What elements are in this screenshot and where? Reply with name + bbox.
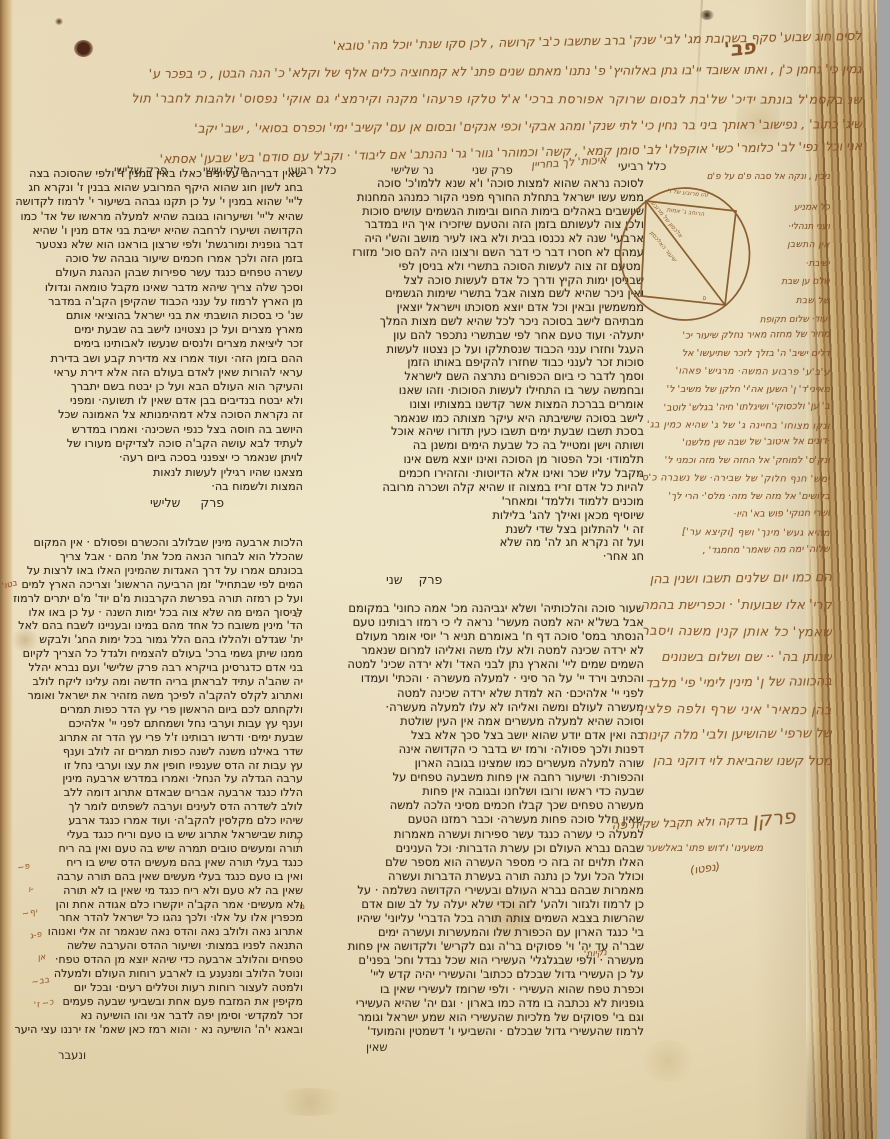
text-line: בי' כנגד הארון עם הכפורת שלו והמעשרות וע… — [307, 925, 644, 939]
text-line: והעיקר הוא העולם הבא ועל כן יבטח בשם יתב… — [13, 380, 303, 394]
diagram-label-diagonal-2: שיעור האלכסון — [648, 230, 678, 264]
diagram-label-top-arc: זהו מרובע של ו' — [667, 188, 709, 199]
notes-below-diagram: מחיר של מחזה מאיר נחלק שיעור יכ'דלים ישי… — [615, 327, 830, 560]
text-line: אתרוג נאה ולולב נאה והדס נאה שנאמר זה אל… — [13, 925, 303, 939]
text-line: עשרה טפחים כנגד עשר ספירות שבהן הנהגת הע… — [13, 266, 303, 280]
text-line: ממנו שיתן גשמי ברכ' בעולם להצמיח ולגדל כ… — [13, 647, 303, 661]
text-line: ל'יי' שהוא במנין י' על כן תקנו גבהה בשיע… — [13, 195, 303, 209]
annotation-line: ימש' חנף חלוק' של שבירה· של נשברה כ'ס' — [615, 469, 830, 489]
annotation-line: שאמץ' כל אותן קנין משנה ויסבר — [518, 618, 832, 647]
diagram-label-corner: ס — [702, 295, 707, 302]
text-line: לרמוז שהעשירי גדול שבכלם · והשביעי ו' דש… — [307, 1024, 644, 1038]
text-line: וענף עץ עבות וערבי נחל ושמחתם לפני יי' א… — [13, 717, 303, 731]
interlinear-note: נקיות' — [584, 948, 608, 960]
text-line: כן לרמוז ולגזור ולהע' לזה וכדי שלא יעלה … — [307, 897, 644, 911]
text-line: מבתיהם לישב בסוכה ניכר לכל שהיא לשם מצות… — [307, 315, 644, 329]
diagram-label-top-edge: הרוחב ג' אמות — [666, 206, 705, 218]
annotation-line: ע'ב'ע' פרבוע המשה· מרגיש' פאהו' — [615, 362, 830, 382]
text-line: מקבל עליו שכר ואינו אלא הדיוטות· והזהירו… — [307, 467, 644, 481]
right-column-section-1: לסוכה נראה שהוא למצות סוכה' ו'א שנא ללמו… — [307, 177, 644, 494]
text-line: שאין חלל סוכה פחות מעשרה· וכבר רמזנו הטע… — [307, 812, 644, 826]
annotation-line: הם כמו יום שלנים תשבו ושנין בהן — [518, 565, 832, 595]
text-line: סוכות זכר לענני כבוד שחזרו להקיפם באותו … — [307, 356, 644, 370]
text-line: מוכנים ללמוד וללמד' ומאחר' — [307, 495, 644, 509]
text-line: ואין בו טעם כנגד בעלי מעשים שאין בהם תור… — [13, 870, 303, 884]
text-line: וכפרת טפח שהוא העשירי · ולפי שרומז לעשיר… — [307, 982, 644, 996]
text-line: המצות ולשמוח בה· — [13, 480, 303, 494]
text-line: תלמודו· וכל הפטור מן הסוכה ואינו יוצא מש… — [307, 453, 644, 467]
gutter-mark: ל' — [294, 836, 301, 846]
text-line: ולמטה לעצור רוחות רעות וטללים רעים· ובכל… — [13, 981, 303, 995]
annotation-line: ונק'ס' למוחק' אל החזה של מזה וכמני ל' — [615, 452, 830, 470]
scribble-line-2: משעינו' ו'דוש פתו' באלשער — [598, 843, 763, 854]
text-line: ארבעי' שנה לא נכנסו בבית ולא באו לעיר מו… — [307, 232, 644, 246]
text-line: ממש עשו ישראל בתחלת החורף מפני הקור כמנה… — [307, 191, 644, 205]
text-line: שיהיו כלם מקלסין להקב'ה· ועוד אמרו כנגד … — [13, 814, 303, 828]
text-line: וגם בי' פסוקים של מלכיות שהעשירי הוא שמע… — [307, 1010, 644, 1024]
text-line: ולכן צוה לעשותם בזמן הזה והטעם שיזכירו א… — [307, 218, 644, 232]
text-line: הד' מינין משובח כל אחד מהם במינו ובעניינ… — [13, 619, 303, 633]
annotation-line: קרי' אלו שבועות' · וכפרישת בהמה — [518, 593, 832, 619]
text-line: שבהם נברא העולם וכן עשרת הדברות· וכל הענ… — [307, 841, 644, 855]
text-line: ולא יבטח בנדיבים בבן אדם שאין לו תשועה· … — [13, 394, 303, 408]
text-line: התנאה לפניו במצות· ושיעור ההדס והערבה של… — [13, 939, 303, 953]
text-line: ושותה וישן ומטייל בה כל שבעת הימים ומשנן… — [307, 439, 644, 453]
text-line: שיוסיף מכאן ואילך להג' בלילות — [307, 509, 644, 523]
text-line: זה נקראת הסוכה צלא דמהימנותא צל האמונה ש… — [13, 408, 303, 422]
text-line: תורה ומעשים טובים תמרה שיש בה טעם ואין ב… — [13, 842, 303, 856]
text-line: לניסוך המים מה שלא צוה בכל ימות השנה · ע… — [13, 606, 303, 620]
text-line: בחג לשון חוג שהוא היקף המרובע שהוא בבנין… — [13, 181, 303, 195]
left-column-section-2: הלכות ארבעה מינין שבלולב והכשרם ופסולם ·… — [13, 536, 303, 1037]
text-line: ואתרוג לקלס להקב'ה לפיכך משה מזהיר את יש… — [13, 689, 303, 703]
text-line: ית' שגדלם ולהללו בהם הלל גמור בכל ימות ה… — [13, 633, 303, 647]
text-line: לסוכה נראה שהוא למצות סוכה' ו'א שנא ללמו… — [307, 177, 644, 191]
text-line: כנגד בעלי תורה שאין בהם מעשים הדס שיש בו… — [13, 856, 303, 870]
text-line: יה שהב'ה עתיד לבראתן בריה חדשה ומה עלינו… — [13, 675, 303, 689]
text-line: וסמך לדבר כי ביום הכפורים נתרצה השם לישר… — [307, 370, 644, 384]
right-column-chapter-heading: פרק שני — [386, 572, 442, 587]
left-column-chapter-heading: פרק שלישי — [150, 495, 224, 510]
text-line: זכר ליציאת מצרים ולנסים שנעשו לאבותינו ב… — [13, 337, 303, 351]
annotation-line: בהכוונה של ן' מינין לימי' פי' מלבד — [518, 669, 832, 699]
right-column-catchword: שאין — [366, 1040, 388, 1054]
text-line: ממשמשין ובאין וכל אדם יוצא מסוכתו וישראל… — [307, 301, 644, 315]
text-line: לולב לשדרה הדס לעינים וערבה לשפתים לומר … — [13, 800, 303, 814]
text-line: מארץ מצרים ועל כן נצטוינו לישב בה שבעת י… — [13, 323, 303, 337]
text-line: לויתן שנאמר כי יצפנני בסכה ביום רעה· — [13, 451, 303, 465]
text-line: וסכך שלה צריך שיהא מדבר שאינו מקבל טומאה… — [13, 281, 303, 295]
left-column-section-1: שאין דבריהם עליונים כאלו באין במנין ז' ו… — [13, 167, 303, 465]
text-line: זה י' להתלונן בצל שדי לשנת — [307, 523, 644, 537]
text-line: זכר למקדש· וסימן יפה לדבר אני והו הושיעה… — [13, 1009, 303, 1023]
text-line: בני אדם כדגרסינן בויקרא רבה פרק שלישי' ו… — [13, 661, 303, 675]
text-line: הללו כנגד ארבעה אברים שבאדם אתרוג דומה ל… — [13, 786, 303, 800]
text-line: ונוטל הלולב ומנענע בו לארבע רוחות העולם … — [13, 967, 303, 981]
text-line: גופניות לא נכתבה בו מדה כמו בארון · וגם … — [307, 996, 644, 1010]
annotation-line: מטל קשנו שהביאת לוי דוקני בהן — [518, 749, 832, 775]
gutter-mark: ם' — [297, 902, 305, 912]
right-margin-notes: הם כמו יום שלנים תשבו ושנין בהןקרי' אלו … — [518, 567, 832, 775]
text-line: המים לפי שבתחיל' זמן הרביעה הראשונ' וצרי… — [13, 578, 303, 592]
right-column-section-1-tail: מוכנים ללמוד וללמד' ומאחר'שיוסיף מכאן וא… — [307, 495, 644, 564]
text-line: עץ עבות זה הדס שענפיו חופין את עצו וערבי… — [13, 759, 303, 773]
text-line: ועל זה נקרא חג לה' מה שלא — [307, 536, 644, 550]
text-line: מצאנו שהיו רגילין לעשות לנאות — [13, 466, 303, 480]
text-line: שבעה כדי ראשו ורובו ושלחנו ובגובה אין פח… — [307, 784, 644, 798]
annotation-line: ב' ען' ולכסוקי' ושיגלתו' חיה' בגלש' לוטב… — [615, 397, 830, 418]
diagram-square — [641, 201, 736, 305]
text-line: שהרשות בצבא השמים צותה תורה בכל הדברי' ע… — [307, 911, 644, 925]
text-line: ועל כן רמזה תורה בפרשת הקרבנות מ'ם יוד' … — [13, 592, 303, 606]
text-line: שהכלל הוא לבחור הנאה מכל את' מהם · אבל צ… — [13, 550, 303, 564]
inscribed-square-diagram: זהו מרובע של ו' הרוחב ג' אמות אלכסון של … — [608, 182, 764, 332]
text-line: ובאגא י'ה' הושיעה נא · והוא רמז כאן שאמ'… — [13, 1023, 303, 1037]
text-line: חג אחר· — [307, 550, 644, 564]
note-above-diagram: ניבין , ונקה אל סבה פ'ם על פ'ם — [646, 172, 830, 182]
text-line: ההם בזמן הזה· ועוד אמרו צא מדירת קבע ושב… — [13, 352, 303, 366]
left-column-catchword: ונעבר — [58, 1048, 86, 1062]
text-line: לעתיד לבא עושה הקב'ה סוכה לצדיקים מעורו … — [13, 437, 303, 451]
text-line: טפחים והלולב ארבעה כדי שיהא יוצא מן ההדס… — [13, 953, 303, 967]
left-column-section-1-tail: מצאנו שהיו רגילין לעשות לנאותהמצות ולשמו… — [13, 466, 303, 494]
annotation-line: בהן כמאיר' איני שרף ולפה פלצין — [518, 696, 832, 725]
text-line: עמהם לא חסרו דבר כי דבר השם ורצונו היה ל… — [307, 246, 644, 260]
text-line: דבר גופנית ומורגשת' ולפי שרצון בוראנו הו… — [13, 238, 303, 252]
text-line: יתעלה· ועוד טעם אחר לפי שבתשרי נתכפר להם… — [307, 329, 644, 343]
text-line: כתות שבישראל אתרוג שיש בו טעם וריח כנגד … — [13, 828, 303, 842]
text-line: למעלה כי עשרה כנגד עשר ספירות ועשרה מאמר… — [307, 827, 644, 841]
text-line: האלו תלוים זה בזה כי מספר העשרה הוא מספר… — [307, 855, 644, 869]
annotation-line: ·דונים אל איטוב' של שבה שין מלשנו' — [615, 433, 830, 454]
text-line: מעשרה טפחים שכך קבלו חכמים מסיני הלכה למ… — [307, 798, 644, 812]
annotation-line: ושרי חנוקי' פוש בא' היו· — [615, 505, 830, 526]
text-line: שדר באילנו משנה לשנה כפות תמרים זה לולב … — [13, 745, 303, 759]
text-line: בסכת תשבו שבעת ימים תשבו כעין תדורו שיהא… — [307, 425, 644, 439]
text-line: להיות כל אדם זריז במצוה זו שהיא קלה ושכר… — [307, 481, 644, 495]
text-line: שנ' כי בסכות הושבתי את בני ישראל בהוציאי… — [13, 309, 303, 323]
text-line: בכונתם אמרו על דרך האגדות שהמינין האלו ב… — [13, 564, 303, 578]
top-margin-annotations: לסים חוג שבוע' סקף בשרובת מג' לבי' שנק' … — [16, 27, 863, 170]
scanned-book-page: פרק שלישי חלק ששי כלל רביעי נר שלישי פרק… — [0, 0, 890, 1139]
text-line: הלכות ארבעה מינין שבלולב והכשרם ופסולם ·… — [13, 536, 303, 550]
annotation-line: של שרפי' שהושיען ולבי' מלה קינוח — [518, 721, 832, 751]
text-line: מכפרין אלו על אלו· ולכך נהגו כל ישראל לה… — [13, 911, 303, 925]
text-line: שהיא ל'יי' ושיערוהו בגובה שהיא למעלה מרא… — [13, 210, 303, 224]
large-scribble-word: פרקן — [751, 804, 796, 832]
text-line: מן הארץ לרמוז על ענני הכבוד שהקיפן הקב'ה… — [13, 295, 303, 309]
text-line: ולא מעשים· אמר הקב'ה יוקשרו כלם אגודה אח… — [13, 898, 303, 912]
text-line: מקיפין את המזבח פעם אחת ובשביעי שבעה פעמ… — [13, 995, 303, 1009]
text-line: ולקחתם לכם ביום הראשון פרי עץ הדר כפות ת… — [13, 703, 303, 717]
text-line: שבניסן ימות הקיץ ודרך כל אדם לעשות סוכה … — [307, 274, 644, 288]
annotation-line: שנ בקסמ'ל בונתב ידיכ' של'בת לבסום שרוקר … — [16, 84, 862, 113]
text-line: ערבה הגדלה על הנחל· ואמרו במדרש ארבעה מי… — [13, 772, 303, 786]
annotation-line: מאיני'ד' ן' השען אה'י' חלקן של משיב' ל' — [615, 381, 830, 399]
text-line: העגל וחזרו ענני הכבוד שנסתלקו ועל כן נצט… — [307, 343, 644, 357]
annotation-line: דלים ישיב' ה' בזלך לזכר שתיעשו' אל — [615, 345, 830, 363]
annotation-line: שלוה' ימה מה שאמר' מחמגד' , — [615, 541, 830, 562]
text-line: ואין ניכר שהיא לשם מצוה אבל בתשרי שימות … — [307, 287, 644, 301]
annotation-line: שנותן בה' ·· שם ושלום בשנונים — [518, 645, 832, 671]
annotation-line: מהיא געש' מינך' ושף [וקיצא ער'] — [615, 523, 830, 543]
text-line: על כן העשירי גדול שבכלם ככתוב' והעשירי י… — [307, 967, 644, 981]
text-line: וכולל הכל ועל כן נתנה תורה בעשרת הדברות … — [307, 869, 644, 883]
text-line: הקדושה ושיערו לרחבה שהיא ישיבת בני אדם מ… — [13, 224, 303, 238]
text-line: היושב בה חוסה בצל כנפי השכינה· ואמרו במד… — [13, 423, 303, 437]
text-line: ובחמשה עשר בו התחילו לעשות הסוכות· וזהו … — [307, 384, 644, 398]
text-line: שיושבים באהלים בימות החום ובימות הגשמים … — [307, 205, 644, 219]
text-line: שבעת ימים· ודרשו רבותינו ז'ל פרי עץ הדר … — [13, 731, 303, 745]
text-line: בזמן הזה ולכך אמרו חכמים שיעור גובהה של … — [13, 252, 303, 266]
annotation-line: בלושים' אל מזה של מזה· מלס'· הרי לך' — [615, 488, 830, 506]
text-line: ומטעם זה צוה לעשות הסוכה בתשרי ולא בניסן… — [307, 260, 644, 274]
text-line: אומרים בברכת המצות אשר קדשנו במצותיו וצו… — [307, 398, 644, 412]
text-line: לישב בסוכה שישיבתה היא עיקר מצותה כמו שנ… — [307, 412, 644, 426]
diagram-diagonal — [646, 201, 725, 305]
text-line: שאין בה לא טעם ולא ריח כנגד מי שאין בו ל… — [13, 884, 303, 898]
text-line: מאמרות שבהם נברא העולם ובעשירי הקדושה נש… — [307, 883, 644, 897]
text-line: עראי להורות שאין לאדם בעולם הזה אלא דירת… — [13, 366, 303, 380]
gutter-mark: ם — [295, 610, 301, 620]
